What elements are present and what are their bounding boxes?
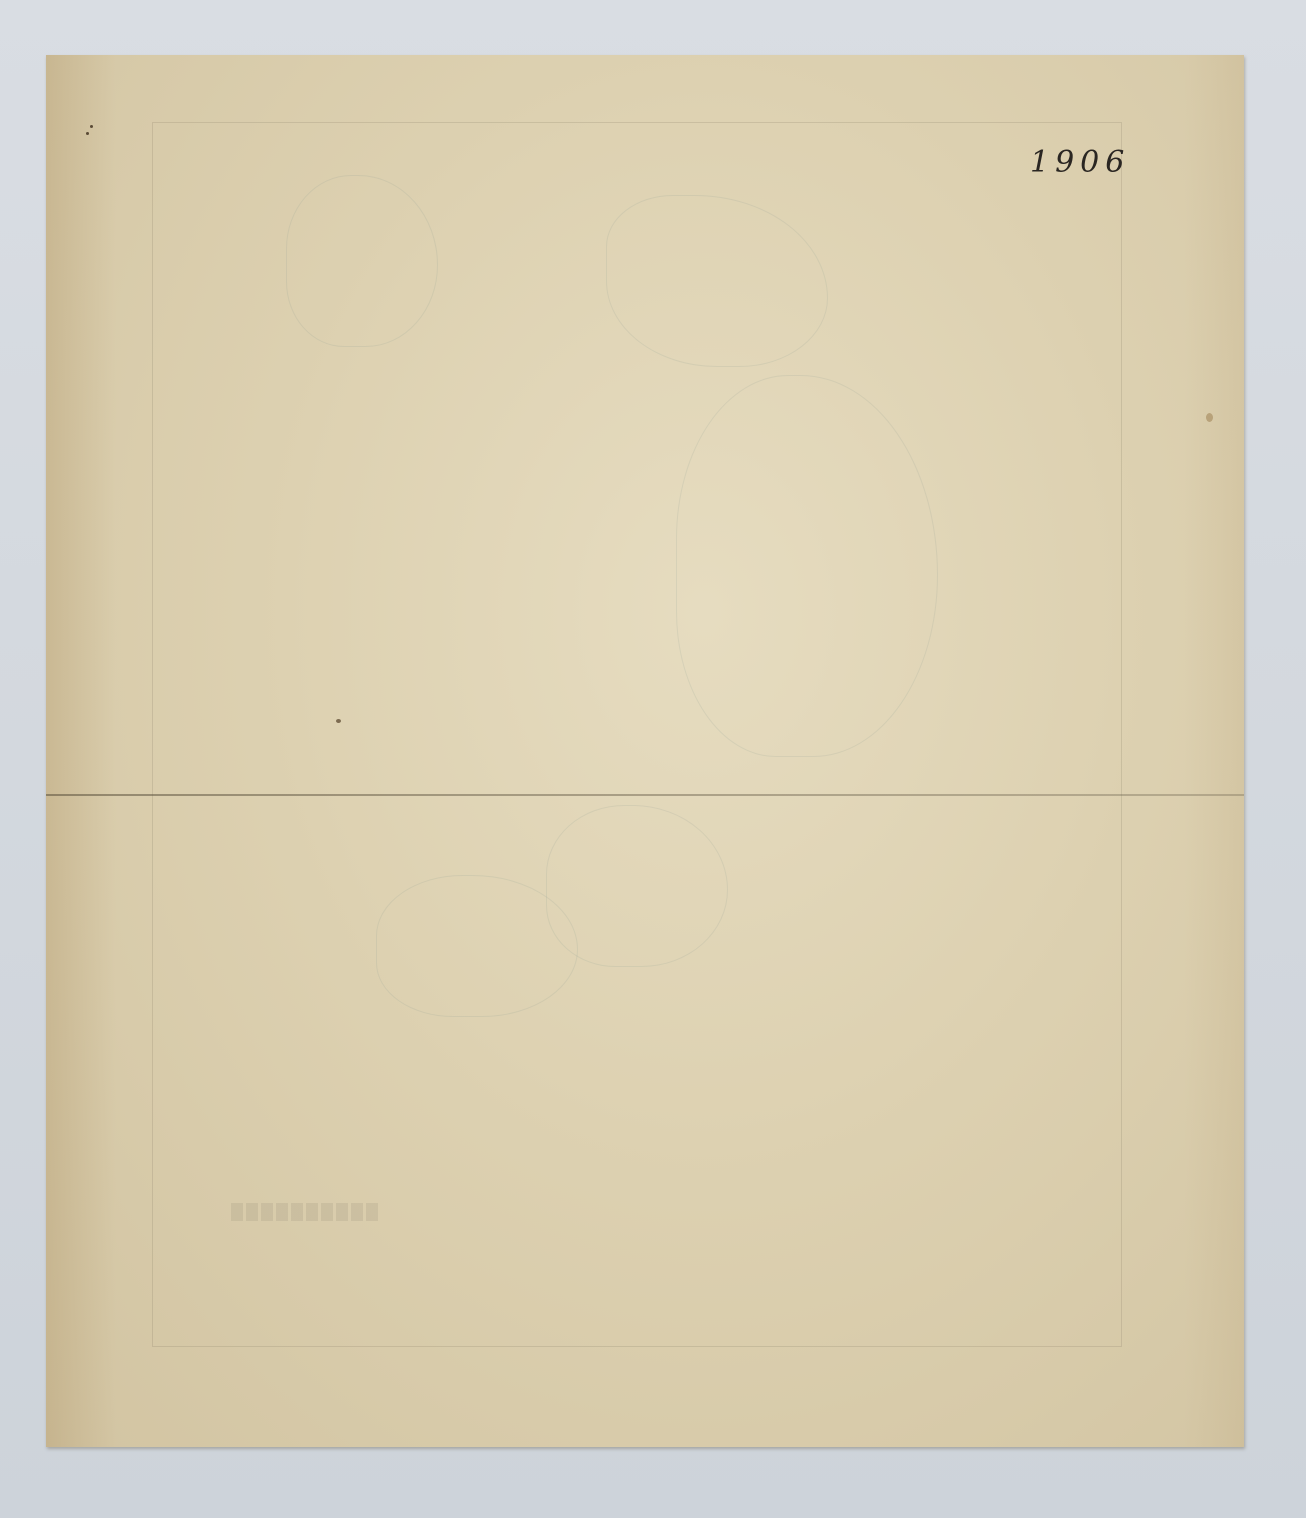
ink-spot	[90, 125, 93, 128]
paper-sheet: 1906	[46, 55, 1244, 1447]
title-bleedthrough	[231, 1203, 381, 1221]
map-bleedthrough-shape	[376, 875, 578, 1017]
handwritten-year: 1906	[1030, 145, 1130, 180]
stain-spot	[336, 719, 341, 723]
fold-line	[46, 794, 1244, 796]
ink-spot	[86, 132, 89, 135]
stain-spot	[1206, 413, 1213, 422]
